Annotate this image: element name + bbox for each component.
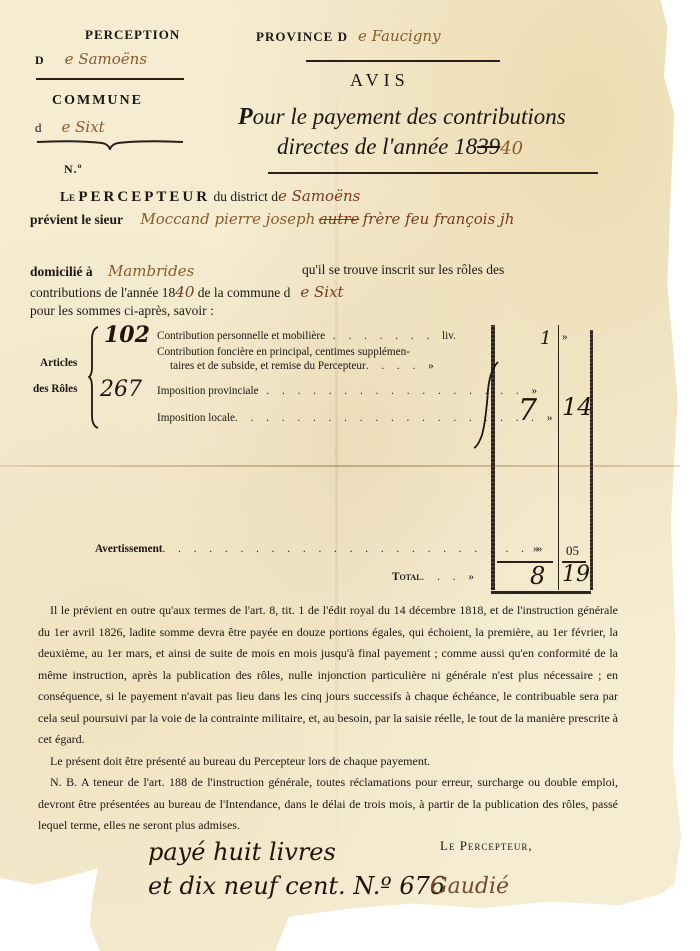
province-line: PROVINCE De Faucigny [256, 27, 441, 45]
horizontal-fold [0, 465, 680, 467]
commune-label: COMMUNE [52, 93, 143, 109]
domicile-value: Mambrides [108, 262, 194, 280]
amount-avertissement-livres: » [533, 543, 539, 555]
amount-column-divider [558, 325, 559, 590]
articles-label-2: des Rôles [33, 383, 77, 395]
row-fonciere: Contribution foncière en principal, cent… [157, 346, 410, 358]
articles-brace-icon [88, 325, 100, 430]
domicile-line: domicilié à Mambrides [30, 262, 194, 280]
title-year-printed: 39 [477, 134, 500, 159]
row-personnelle: Contribution personnelle et mobilière . … [157, 330, 456, 342]
amount-column-right-border [590, 330, 593, 590]
total-bottom-rule [491, 591, 591, 594]
legal-paragraph-1: Il le prévient en outre qu'aux termes de… [38, 600, 618, 751]
perception-label: PERCEPTION [85, 27, 180, 43]
commune-prefix: d [35, 120, 42, 135]
title-line-1: Pour le payement des contributions [238, 104, 566, 131]
percepteur-signature: Gaudié [430, 874, 509, 899]
commune-value: e Sixt [62, 118, 105, 136]
perception-line: De Samoëns [35, 50, 147, 68]
legal-paragraph-2: Le présent doit être présenté au bureau … [38, 751, 618, 773]
legal-text: Il le prévient en outre qu'aux termes de… [38, 600, 618, 837]
title-initial: P [238, 104, 253, 130]
number-label: N.º [64, 162, 83, 177]
row-avertissement: Avertissement. . . . . . . . . . . . . .… [95, 543, 542, 555]
sieur-struck: autre [319, 210, 360, 228]
province-label: PROVINCE D [256, 29, 348, 44]
article-number-2: 267 [100, 377, 142, 402]
contributions-line: contributions de l'année 1840 de la comm… [30, 283, 344, 301]
row-total: Total. . . » [392, 571, 474, 583]
contributions-year: 40 [175, 283, 194, 301]
avis-title: AVIS [350, 70, 410, 91]
perception-value: e Samoëns [65, 50, 147, 68]
title-year-handwritten: 40 [500, 138, 523, 159]
sieur-value-2: frère feu françois jh [363, 210, 515, 228]
header-left-rule [36, 78, 184, 80]
inscrit-text: qu'il se trouve inscrit sur les rôles de… [302, 262, 504, 278]
province-value: e Faucigny [358, 27, 441, 45]
row-fonciere-2: taires et de subside, et remise du Perce… [170, 360, 434, 372]
amount-avertissement-centimes: 05 [566, 543, 579, 559]
receipt-line-2: et dix neuf cent. N.º 676 [148, 872, 445, 900]
amount-total-livres: 8 [530, 562, 545, 590]
province-rule [306, 60, 500, 62]
amount-personnelle-centimes: » [562, 331, 568, 343]
contributions-commune: e Sixt [300, 283, 343, 301]
amount-personnelle-livres: 1 [540, 328, 551, 349]
title-line-2: directes de l'année 183940 [277, 134, 523, 160]
title-rule [268, 172, 598, 174]
legal-paragraph-3: N. B. A teneur de l'art. 188 de l'instru… [38, 772, 618, 837]
articles-label-1: Articles [40, 357, 77, 369]
article-number-1: 102 [104, 322, 150, 348]
commune-line: de Sixt [35, 118, 105, 136]
percepteur-label: PERCEPTEUR [78, 189, 210, 205]
receipt-line-1: payé huit livres [148, 838, 336, 866]
amount-provinciale-livres: 7 [518, 393, 537, 428]
signatory-label: Le Percepteur, [440, 838, 533, 854]
bracket-flourish-icon [472, 360, 502, 450]
amount-total-centimes: 19 [562, 562, 590, 587]
sieur-line: prévient le sieur Moccand pierre joseph … [30, 210, 514, 228]
brace-rule-icon [36, 138, 184, 150]
perception-prefix: D [35, 53, 45, 67]
sommes-line: pour les sommes ci-après, savoir : [30, 303, 214, 319]
sieur-value: Moccand pierre joseph [140, 210, 315, 228]
district-value: e Samoëns [278, 187, 360, 205]
amount-provinciale-centimes: 14 [562, 393, 593, 421]
percepteur-line: Le PERCEPTEUR du district de Samoëns [60, 187, 360, 206]
